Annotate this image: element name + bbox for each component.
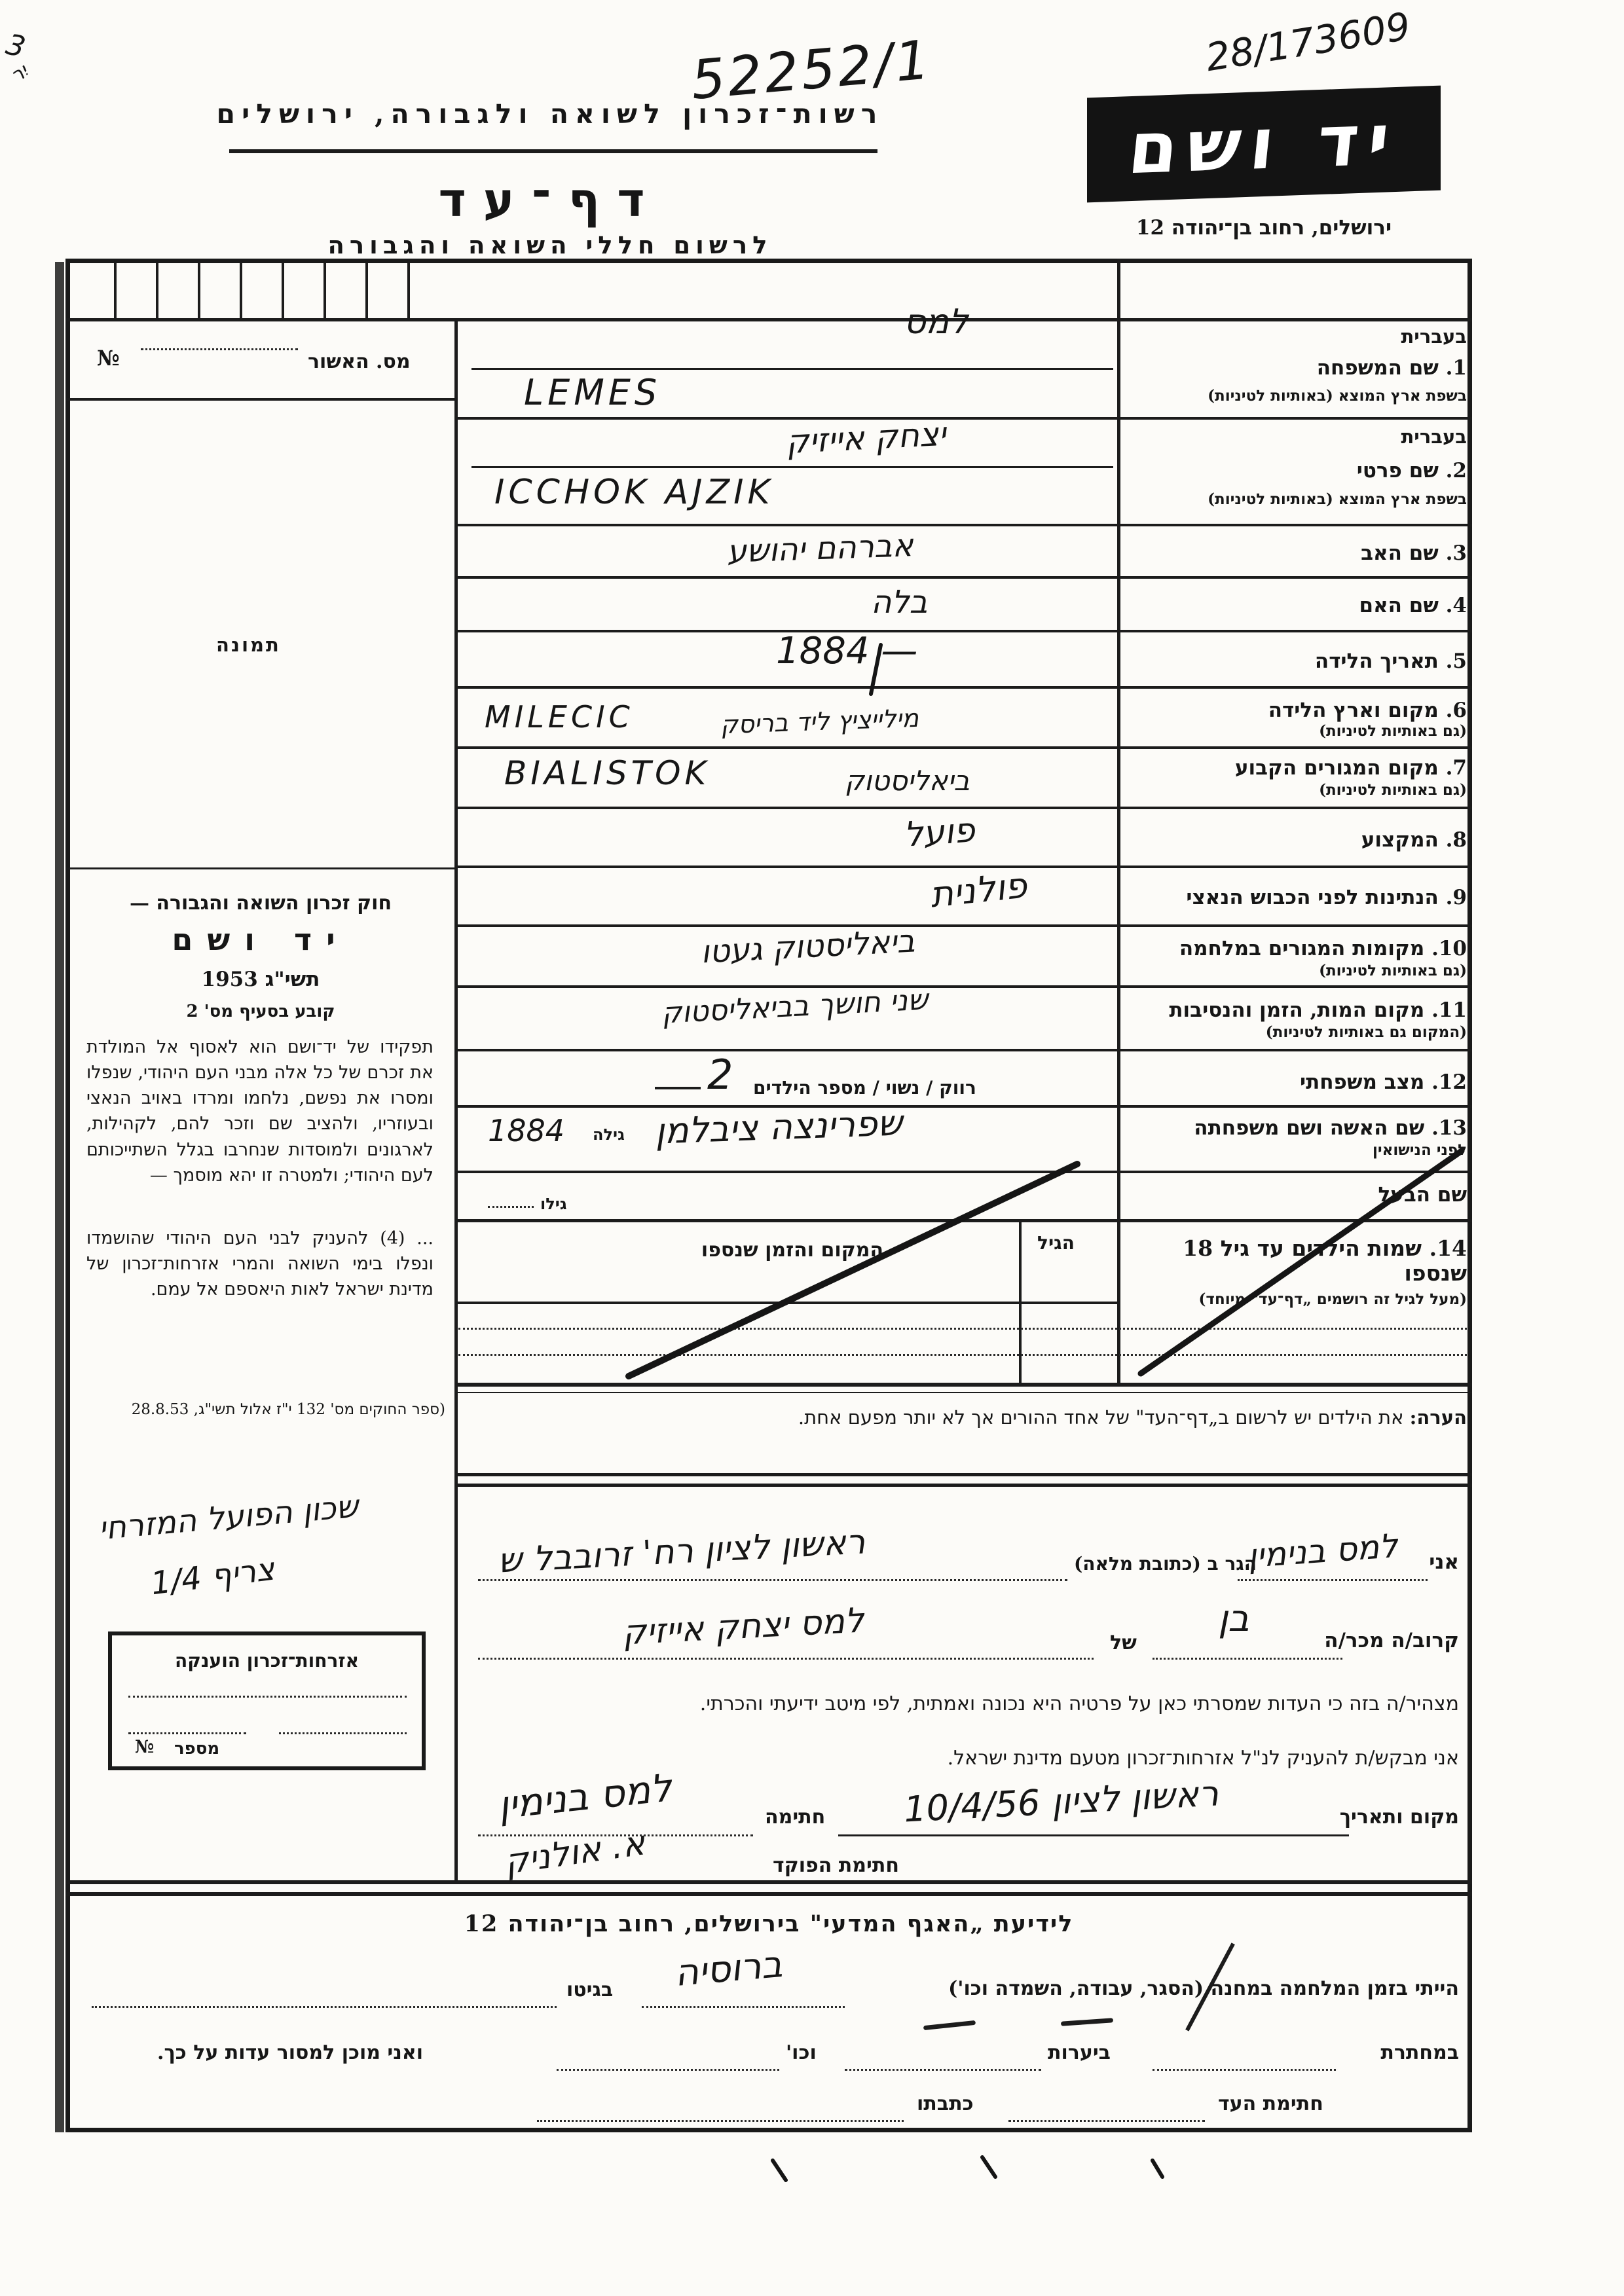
field-6-label: 6. מקום וארץ הלידה [1136,699,1467,723]
value-wife-age: 1884 [488,1113,564,1148]
form-title: דף־עד [196,172,904,227]
testimony-ready-text: ואני מוכן למסור עדות על כך. [157,2041,423,2064]
field-1-language-tag: בעברית [1401,325,1467,348]
relation-blank [1153,1658,1342,1660]
value-profession: פועל [902,811,976,854]
approval-no-sign: № [97,346,120,371]
witness-signature-label: חתימת העד [1218,2092,1323,2115]
children-row-line [458,1328,1467,1330]
field-8-label: 8. המקצוע [1136,829,1467,852]
field-4-label: 4. שם האם [1136,594,1467,618]
row-rule [454,1049,1472,1051]
field-6-title: מקום וארץ הלידה [1268,699,1439,722]
field-11-title: מקום המות, הזמן והנסיבות [1169,998,1424,1022]
field-2-number: 2. [1446,459,1467,483]
citizenship-box-blank-2 [128,1732,246,1734]
children-bottom-rule-echo [454,1392,1472,1393]
field-6-sublabel: (גם באותיות לטיניות) [1136,723,1467,740]
strip-cell-divider [240,263,242,318]
value-father-name: אברהם יהושע [726,527,913,570]
field-10-sublabel: (גם באותיות לטיניות) [1136,962,1467,979]
field-11-sublabel: (המקום גם באותיות לטיניות) [1136,1024,1467,1041]
strip-cell-divider [156,263,158,318]
value-family-name-latin: LEMES [524,372,661,413]
field-14-number: 14. [1430,1235,1467,1261]
field-14-sublabel: (מעל לגיל זה רושמים „דף־עד" מיוחד) [1136,1291,1467,1308]
left-panel-divider [454,321,458,1884]
value-birth-date: 1884 — [776,630,917,672]
citizenship-no-sign: № [135,1737,154,1757]
header-underline [229,149,877,153]
law-paragraph-2: ... (4) להעניק לבני העם היהודי שהושמדו ו… [86,1226,434,1302]
note-line: הערה: את הילדים יש לרשום ב„דף־העד" של אח… [471,1406,1467,1429]
signature-label: חתימה [765,1806,825,1829]
row-rule [454,807,1472,809]
etc-blank [557,2069,779,2071]
field-1-number: 1. [1446,356,1467,380]
section-double-rule [454,1484,1472,1487]
field-12-title: מצב משפחתי [1300,1070,1424,1094]
strip-bottom-rule [65,318,1472,321]
value-first-name-latin: ICCHOK AJZIK [494,473,774,512]
field-11-number: 11. [1431,998,1467,1022]
field-9-title: הנתינות לפני הכבוש הנאצי [1186,886,1438,909]
pen-mark [1153,2160,1162,2177]
forests-label: ביערות [1048,2041,1111,2064]
field-1-sublabel: בשפת ארץ המוצא (באותיות לטיניות) [1136,388,1467,405]
strip-cell-divider [114,263,117,318]
law-heading-1: חוק זכרון השואה והגבורה — [84,892,437,915]
pen-dash [655,1087,701,1089]
law-paragraph-1: תפקידו של יד־ושם הוא לאסוף אל המולדת את … [86,1034,434,1188]
row-rule [454,417,1472,420]
corner-pen-mark: 3 [3,27,29,64]
of-name-blank [478,1658,1094,1660]
logo-text: יד ושם [1125,98,1403,191]
address-blank [478,1579,1067,1581]
strip-cell-divider [365,263,368,318]
pen-mark [982,2157,995,2177]
row-rule [454,630,1472,632]
field-4-title: שם האם [1359,594,1438,617]
registry-number-handwritten: 28/173609 [1203,4,1414,80]
witness-signature-blank [1008,2120,1205,2122]
field-8-title: המקצוע [1361,828,1439,852]
value-residence-hebrew: ביאליסטוק [845,765,970,797]
strip-cell-divider [407,263,410,318]
row-rule [454,866,1472,868]
photo-placeholder-label: תמונה [216,634,281,656]
field-5-label: 5. תאריך הלידה [1136,650,1467,674]
law-heading-2: יד ושם [84,922,437,957]
declare-statement: מצהיר/ה בזה כי העדות שמסרתי כאן על פרטיה… [457,1692,1459,1715]
ghetto-blank [92,2006,557,2008]
field-11-label: 11. מקום המות, הזמן והנסיבות [1136,999,1467,1023]
field-5-title: תאריך הלידה [1315,649,1439,673]
org-header: רשות־זכרון לשואה ולגבורה, ירושלים [196,98,904,130]
field-12-number: 12. [1431,1070,1467,1094]
photo-area-rule [65,867,454,869]
field-7-number: 7. [1446,756,1467,780]
children-age-column-header: הגיל [1037,1232,1075,1254]
field-5-number: 5. [1446,649,1467,673]
yad-vashem-logo: יד ושם [1087,86,1441,203]
witness-address-blank [537,2120,904,2122]
etc-label: וכו' [786,2041,817,2064]
place-date-line [838,1834,1349,1836]
citizenship-number-label: מספר [174,1739,219,1758]
field-1-title: שם המשפחה [1317,356,1439,380]
value-mother-name: בלה [871,584,927,621]
wife-age-label: גילה [593,1125,625,1144]
field-7-label: 7. מקום המגורים הקבוע [1136,757,1467,780]
row-rule [454,924,1472,927]
children-header-rule [454,1302,1120,1304]
field-10-label: 10. מקומות המגורים במלחמה [1136,938,1467,961]
forests-blank [845,2069,1041,2071]
note-title: הערה: [1410,1406,1467,1429]
logo-address: ירושלים, רחוב בן־יהודה 12 [1080,216,1447,240]
field-3-label: 3. שם האב [1136,542,1467,566]
place-date-label: מקום ותאריך [1340,1806,1459,1829]
field-1-label: 1. שם המשפחה [1136,357,1467,380]
request-statement: אני מבקש/ת להעניק לנ"ל אזרחות־זכרון מטעם… [457,1747,1459,1770]
write-line [471,466,1113,468]
row-rule [454,524,1472,526]
strip-cell-divider [323,263,326,318]
citizenship-box-title: אזרחות־זכרון הוענקה [112,1650,422,1671]
children-bottom-rule [454,1383,1472,1387]
witness-address-label: כתבתו [917,2092,974,2115]
bottom-section-title: לידיעת „האגף המדעי" בירושלים, רחוב בן־יה… [65,1910,1472,1937]
pen-mark [773,2160,786,2180]
strip-cell-divider [198,263,200,318]
declarant-label: אני [1429,1550,1459,1574]
note-text: את הילדים יש לרשום ב„דף־העד" של אחד ההור… [798,1406,1404,1429]
children-row-line [458,1354,1467,1356]
of-label: של [1110,1631,1137,1654]
scan-edge-artifact [55,262,64,2132]
clerk-signature-label: חתימת הפוקד [773,1854,899,1877]
row-rule [454,1171,1472,1173]
approval-row-rule [65,398,454,401]
field-14-label: 14. שמות הילדים עד גיל 18 שנספו [1136,1236,1467,1286]
field-3-number: 3. [1446,541,1467,565]
husband-age-label: גילו [540,1194,567,1213]
field-2-label: 2. שם פרטי [1136,460,1467,483]
page-of-testimony-document: 3 יִר 52252/1 רשות־זכרון לשואה ולגבורה, … [0,0,1624,2296]
row-rule [454,686,1472,689]
field-2-language-tag: בעברית [1401,426,1467,448]
value-wife-name: שפרינצה ציבלמן [654,1102,903,1152]
field-9-number: 9. [1446,886,1467,909]
approval-number-blank [141,348,298,350]
memorial-citizenship-box: אזרחות־זכרון הוענקה מספר № [108,1631,426,1770]
field-13-label: 13. שם האשה ושם משפחתה [1136,1117,1467,1140]
approval-number-label: מס. האשור [308,350,411,373]
row-rule [454,1219,1472,1222]
field-13-sublabel: לפני הנישואין [1136,1142,1467,1159]
field-8-number: 8. [1446,828,1467,852]
field-9-label: 9. הנתינות לפני הכבוש הנאצי [1136,886,1467,910]
field-7-title: מקום המגורים הקבוע [1235,756,1439,780]
row-rule [454,746,1472,749]
underground-label: במחתרת [1380,2041,1459,2064]
field-14-title: שמות הילדים עד גיל 18 שנספו [1183,1235,1467,1286]
corner-pen-scribble: יִר [7,60,32,87]
field-7-sublabel: (גם באותיות לטיניות) [1136,782,1467,799]
bottom-section-double-rule [65,1880,1472,1884]
husband-age-blank [488,1206,534,1208]
marital-status-options: רווק / נשוי / מספר הילדים [753,1077,976,1099]
form-subtitle: לרשום חללי השואה והגבורה [196,230,904,259]
field-3-title: שם האב [1361,541,1439,565]
ghetto-label: בגיטו [566,1978,613,2001]
field-13-number: 13. [1431,1116,1467,1140]
children-place-column-header: המקום והזמן שנספו [609,1239,976,1262]
field-10-title: מקומות המגורים במלחמה [1179,937,1424,960]
row-rule [454,576,1472,579]
law-citation: (ספר החוקים מס' 132 י"ז אלול תשי"ג, 28.8… [79,1401,445,1418]
law-heading-4: קובע בסעיף מס' 2 [84,1002,437,1021]
citizenship-box-blank-3 [279,1732,407,1734]
field-6-number: 6. [1446,699,1467,722]
bottom-section-double-rule [65,1892,1472,1896]
labels-column-divider [1117,259,1120,1385]
relative-label: קרוב/ה מכר/ה [1324,1629,1459,1652]
value-residence-latin: BIALISTOK [504,754,710,792]
field-2-title: שם פרטי [1357,459,1439,483]
address-label: הגר ב (כתובת מלאה) [1074,1553,1257,1575]
row-rule [454,985,1472,988]
declarant-name-blank [1238,1579,1428,1581]
value-birth-place-latin: MILECIC [485,699,634,735]
field-13-title: שם האשה ושם משפחתה [1194,1116,1424,1140]
write-line [471,368,1113,370]
law-heading-3: תשי"ג 1953 [84,968,437,991]
field-10-number: 10. [1431,937,1467,960]
field-4-number: 4. [1446,594,1467,617]
field-husband-label: שם הבעל [1136,1184,1467,1207]
underground-blank [1153,2069,1336,2071]
row-rule [454,1105,1472,1108]
camp-blank [642,2006,845,2008]
section-double-rule [454,1473,1472,1476]
field-2-sublabel: בשפת ארץ המוצא (באותיות לטיניות) [1136,491,1467,508]
relation-handwritten: בן [1218,1597,1249,1640]
value-children-count: 2 [707,1051,733,1099]
field-12-label: 12. מצב משפחתי [1136,1071,1467,1095]
citizenship-box-blank [128,1696,407,1698]
strip-cell-divider [282,263,284,318]
value-family-name-hebrew: למס [904,302,969,342]
